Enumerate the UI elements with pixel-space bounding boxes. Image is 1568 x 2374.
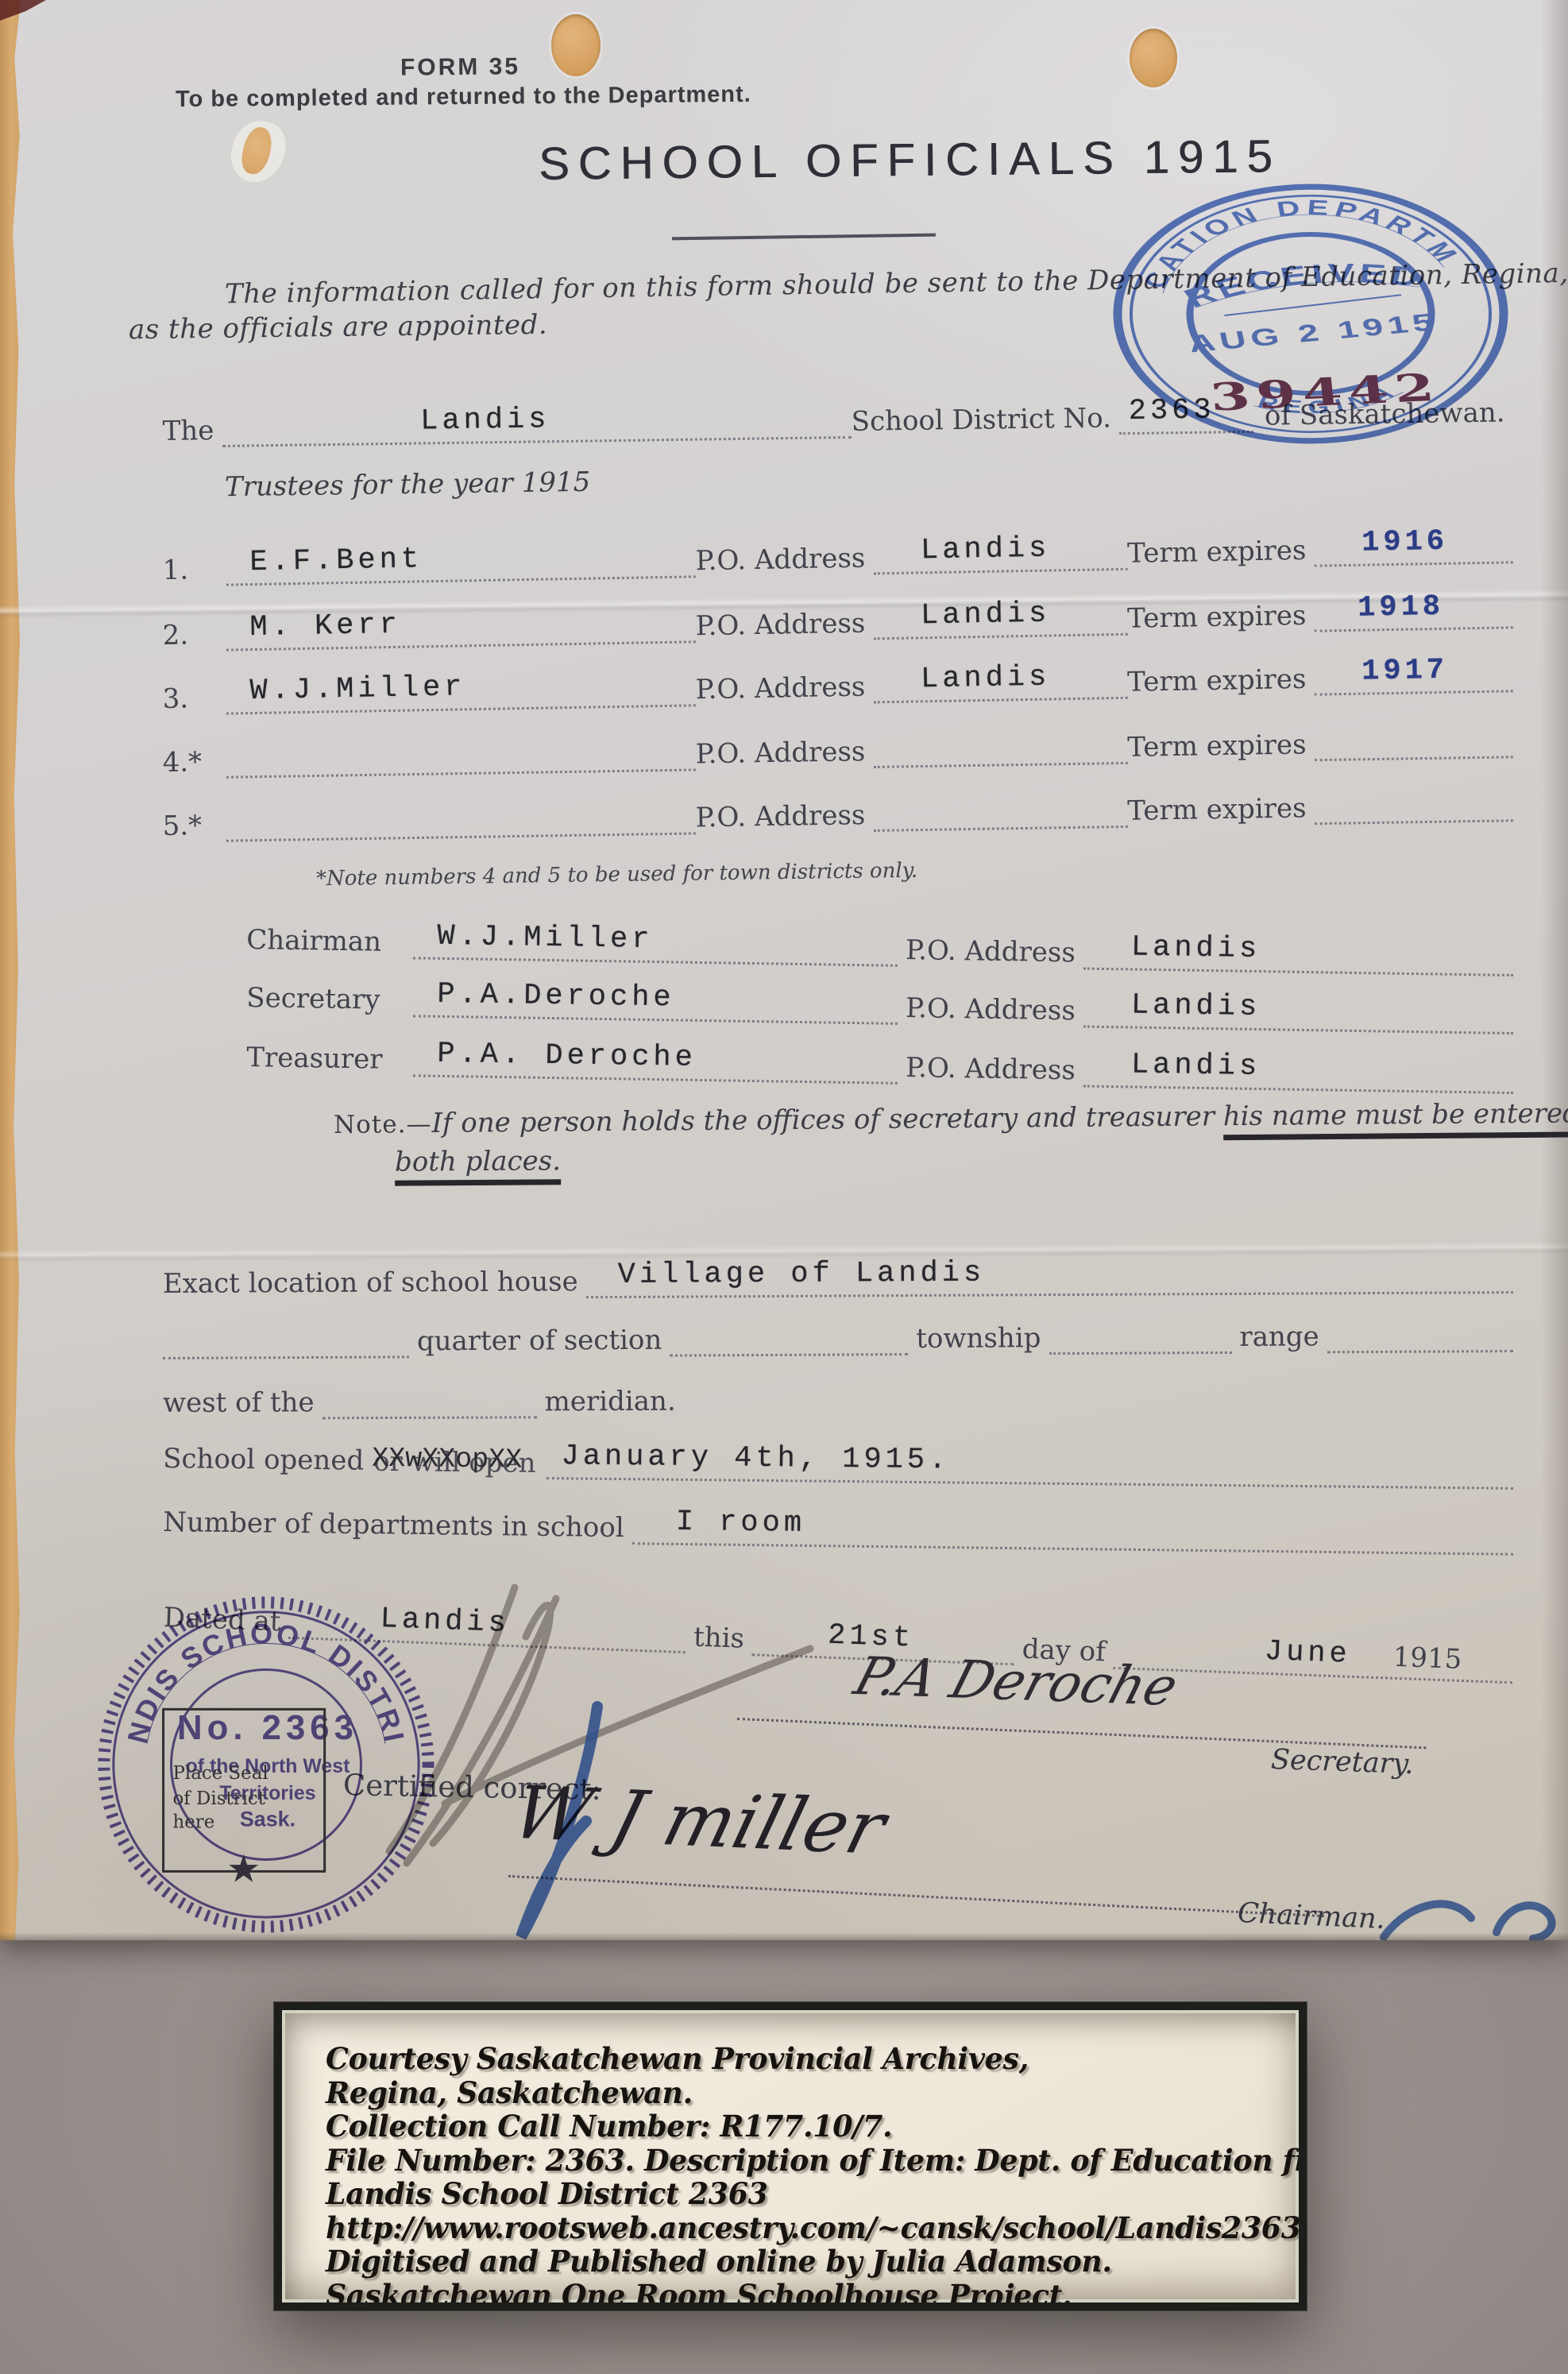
caption-line: Digitised and Published online by Julia … — [326, 2244, 1280, 2279]
po-address-line: Landis — [873, 597, 1128, 640]
po-address-label: P.O. Address — [695, 736, 873, 771]
officer-name-line: P.A.Deroche — [413, 978, 898, 1025]
po-address-line: Landis — [1083, 989, 1514, 1034]
po-address-label: P.O. Address — [695, 608, 873, 644]
seal-box-line-1: Place Seal — [173, 1763, 268, 1784]
seal-box-line-3: here — [173, 1812, 215, 1833]
po-address-line — [873, 789, 1128, 832]
district-name-line: Landis — [222, 400, 852, 447]
township-label: township — [908, 1322, 1049, 1355]
officer-row: Treasurer P.A. Deroche P.O. Address Land… — [246, 1035, 1514, 1094]
po-address-value: Landis — [1131, 930, 1261, 966]
this-label: this — [685, 1621, 752, 1656]
location-value: Village of Landis — [618, 1257, 986, 1292]
trustee-name-line: E.F.Bent — [226, 539, 696, 586]
trustee-row: 4.* P.O. Address Term expires — [162, 719, 1513, 779]
opened-struck-label: or will open XXwXXopXX — [372, 1446, 547, 1479]
secretary-label: Secretary. — [1270, 1744, 1414, 1780]
po-address-label: P.O. Address — [695, 543, 873, 578]
note-body: If one person holds the offices of secre… — [431, 1100, 1223, 1139]
po-address-label: P.O. Address — [898, 992, 1083, 1027]
trustee-name-line: M. Kerr — [226, 604, 696, 651]
chairman-label: Chairman. — [1237, 1897, 1385, 1935]
opened-line: January 4th, 1915. — [546, 1440, 1513, 1490]
officer-role: Secretary — [246, 982, 414, 1017]
district-prefix: The — [162, 415, 222, 448]
dated-year: 1915 — [1392, 1641, 1462, 1676]
officer-role: Treasurer — [246, 1042, 414, 1077]
trustee-number: 5.* — [162, 810, 226, 843]
po-address-value: Landis — [921, 532, 1051, 567]
stamp-date-text: AUG 2 1915 — [1186, 308, 1440, 358]
trustee-number: 4.* — [162, 746, 226, 779]
term-expires-label: Term expires — [1127, 792, 1315, 827]
location-label: Exact location of school house — [163, 1266, 586, 1301]
form-number: FORM 35 — [400, 53, 520, 81]
term-value: 1916 — [1361, 525, 1449, 560]
blue-scrawl-bottom — [1384, 1904, 1552, 1939]
opened-label: School opened — [163, 1443, 372, 1478]
po-address-line — [873, 725, 1128, 768]
note-line-2: both places. — [395, 1145, 561, 1177]
punch-hole — [551, 14, 601, 76]
term-expires-label: Term expires — [1127, 535, 1315, 570]
meridian-label: meridian. — [537, 1386, 684, 1418]
departments-label: Number of departments in school — [163, 1506, 632, 1545]
trustee-number: 2. — [162, 619, 226, 652]
quarter-label: quarter of section — [409, 1324, 670, 1359]
po-address-label: P.O. Address — [695, 671, 873, 707]
opened-overtype-x: XXwXXopXX — [372, 1443, 522, 1476]
officer-row: Chairman W.J.Miller P.O. Address Landis — [246, 918, 1514, 976]
po-address-line: Landis — [873, 532, 1128, 575]
seal-box-line-2: of District — [173, 1788, 266, 1809]
seal-number-line: No. 2363 — [177, 1708, 358, 1747]
po-address-value: Landis — [1131, 988, 1261, 1024]
stamp-file-number: 39442 — [1208, 365, 1443, 420]
officer-name-line: W.J.Miller — [413, 920, 898, 967]
po-address-label: P.O. Address — [898, 934, 1083, 969]
po-address-line: Landis — [1083, 931, 1514, 976]
corner-stain — [0, 0, 46, 21]
departments-line: I room — [631, 1506, 1513, 1556]
trustee-name-value: W.J.Miller — [249, 671, 466, 708]
caption-line: File Number: 2363. Description of Item: … — [326, 2144, 1280, 2178]
district-number-label: School District No. — [852, 402, 1120, 439]
trustee-row: 1. E.F.Bent P.O. Address Landis Term exp… — [162, 524, 1513, 587]
right-edge-shadow — [1541, 0, 1568, 1940]
caption-line: Courtesy Saskatchewan Provincial Archive… — [326, 2042, 1280, 2076]
officer-row: Secretary P.A.Deroche P.O. Address Landi… — [246, 976, 1514, 1034]
return-instruction: To be completed and returned to the Depa… — [176, 82, 751, 113]
trustees-heading: Trustees for the year 1915 — [225, 466, 591, 503]
term-value: 1917 — [1361, 654, 1449, 689]
seal-line-4: Sask. — [240, 1808, 295, 1831]
note-label: Note.— — [334, 1110, 432, 1139]
received-stamp-icon: EDUCATION DEPARTMENT REGINA RECEIVED AUG… — [1104, 178, 1517, 450]
caption-box: Courtesy Saskatchewan Provincial Archive… — [274, 2002, 1307, 2310]
term-expires-label: Term expires — [1127, 729, 1315, 764]
officer-name-value: P.A. Deroche — [437, 1038, 697, 1075]
trustee-name-line — [226, 732, 696, 778]
term-line — [1314, 783, 1513, 825]
secretary-signature: P.A Deroche — [848, 1645, 1184, 1717]
caption-line: Collection Call Number: R177.10/7. — [326, 2109, 1280, 2144]
trustee-number: 3. — [162, 682, 226, 716]
note-underlined-1: his name must be entered in — [1223, 1097, 1568, 1140]
title-rule — [672, 234, 936, 241]
term-line: 1917 — [1314, 653, 1513, 695]
caption-line: Saskatchewan One Room Schoolhouse Projec… — [326, 2279, 1280, 2311]
torn-left-edge — [0, 0, 21, 1940]
seal-star-icon: ★ — [226, 1847, 261, 1891]
blank-line — [670, 1317, 908, 1357]
screenshot-root: { "form": { "form_no": "FORM 35", "retur… — [0, 0, 1568, 2374]
departments-value: I room — [676, 1506, 806, 1541]
meridian-row: west of the meridian. — [163, 1378, 735, 1420]
district-name-value: Landis — [420, 403, 550, 438]
opened-value: January 4th, 1915. — [561, 1440, 950, 1477]
range-label: range — [1231, 1321, 1327, 1354]
departments-row: Number of departments in school I room — [163, 1500, 1513, 1556]
officer-role: Chairman — [246, 924, 414, 959]
po-address-label: P.O. Address — [898, 1052, 1083, 1087]
trustee-row: 5.* P.O. Address Term expires — [162, 783, 1513, 843]
west-label: west of the — [163, 1387, 322, 1420]
school-opened-row: School opened or will open XXwXXopXX Jan… — [163, 1436, 1513, 1490]
term-line — [1314, 719, 1513, 761]
po-address-label: P.O. Address — [695, 799, 873, 834]
trustee-number: 1. — [162, 554, 226, 587]
paper-tear — [226, 116, 291, 188]
note-line-1: Note.—If one person holds the offices of… — [334, 1097, 1568, 1140]
dated-month-value: June — [1264, 1635, 1351, 1672]
section-row: quarter of section township range — [163, 1313, 1513, 1359]
trustee-name-value: M. Kerr — [249, 609, 401, 644]
po-address-line: Landis — [1083, 1049, 1514, 1094]
term-line: 1916 — [1314, 524, 1513, 566]
officer-name-line: P.A. Deroche — [413, 1038, 898, 1085]
term-expires-label: Term expires — [1127, 600, 1315, 636]
district-seal-icon: LANDIS SCHOOL DISTRICT No. 2363 of the N… — [91, 1591, 441, 1939]
trustee-name-line — [226, 795, 696, 841]
po-address-value: Landis — [1131, 1048, 1261, 1084]
location-row: Exact location of school house Village o… — [163, 1255, 1513, 1301]
blank-line — [163, 1319, 409, 1359]
caption-line: http://www.rootsweb.ancestry.com/~cansk/… — [326, 2211, 1280, 2245]
punch-hole — [1130, 29, 1177, 87]
blank-line — [1049, 1315, 1231, 1355]
caption-line: Regina, Saskatchewan. — [326, 2076, 1280, 2110]
officer-name-value: W.J.Miller — [437, 920, 654, 957]
note-underlined-2: both places. — [395, 1145, 561, 1185]
location-line: Village of Landis — [586, 1255, 1513, 1298]
caption-line: Landis School District 2363 — [326, 2177, 1280, 2211]
term-value: 1918 — [1358, 590, 1445, 625]
po-address-value: Landis — [921, 597, 1051, 632]
trustee-row: 3. W.J.Miller P.O. Address Landis Term e… — [162, 653, 1513, 716]
intro-line: as the officials are appointed. — [129, 309, 548, 346]
blank-line — [322, 1379, 537, 1419]
term-expires-label: Term expires — [1127, 663, 1315, 699]
term-line: 1918 — [1314, 590, 1513, 632]
officer-name-value: P.A.Deroche — [437, 978, 675, 1015]
blank-line — [1327, 1313, 1513, 1353]
chairman-signature: W J miller — [504, 1770, 894, 1870]
po-address-value: Landis — [921, 660, 1051, 696]
trustee-name-line: W.J.Miller — [226, 667, 696, 714]
scanned-form-paper: FORM 35 To be completed and returned to … — [0, 0, 1568, 1940]
po-address-line: Landis — [873, 660, 1128, 704]
trustee-name-value: E.F.Bent — [249, 543, 423, 579]
town-districts-note: *Note numbers 4 and 5 to be used for tow… — [316, 859, 918, 891]
